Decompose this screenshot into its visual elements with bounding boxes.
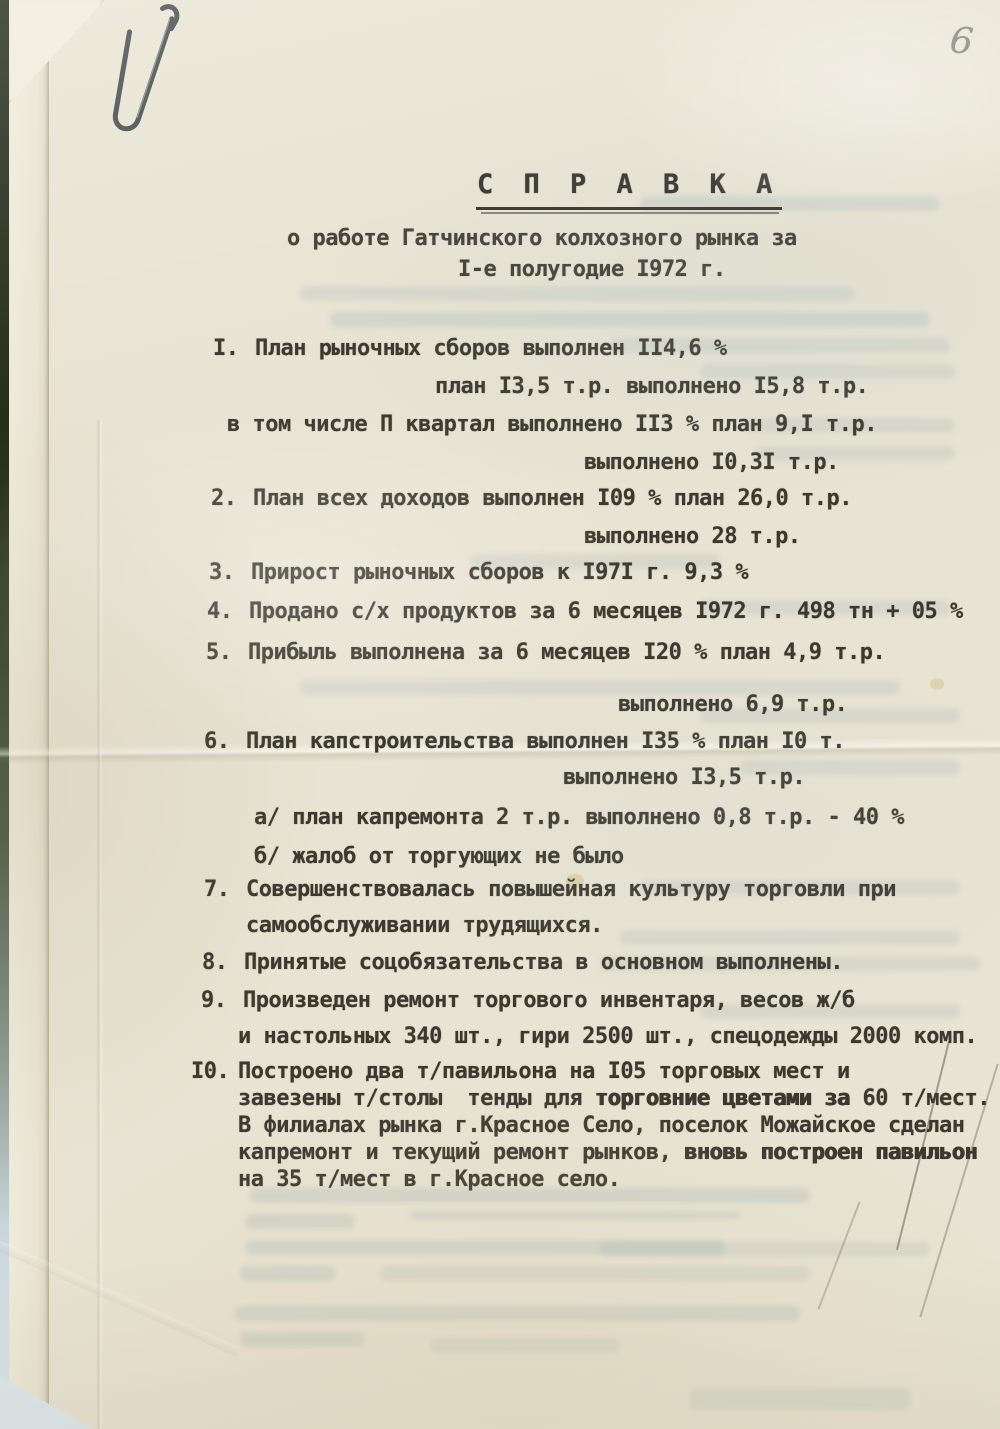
- item-10-line2: завезены т/столы тенды для торговние цве…: [238, 1086, 990, 1112]
- item-8-number: 8.: [202, 950, 228, 976]
- item-7-line1: Совершенствовалась повышейная культуру т…: [246, 877, 896, 903]
- item-9-line2: и настольных 340 шт., гири 2500 шт., спе…: [238, 1024, 977, 1050]
- scan-left-edge: [0, 0, 9, 1429]
- item-2-line1: План всех доходов выполнен I09 % план 26…: [253, 486, 852, 512]
- item-7-number: 7.: [204, 877, 230, 903]
- item-1-line3: в том числе П квартал выполнено II3 % пл…: [227, 412, 877, 438]
- title-underline-2: [481, 212, 779, 214]
- item-10-line3: В филиалах рынка г.Красное Село, поселок…: [238, 1113, 964, 1139]
- item-1-number: I.: [213, 336, 239, 362]
- paper-torn-left-edge: [9, 0, 49, 1429]
- item-6-number: 6.: [204, 729, 230, 755]
- item-5-number: 5.: [206, 640, 232, 666]
- item-6-line2: выполнено I3,5 т.р.: [563, 765, 805, 791]
- item-6-sub-a: а/ план капремонта 2 т.р. выполнено 0,8 …: [254, 805, 904, 831]
- item-4-number: 4.: [207, 599, 233, 625]
- handwritten-page-number: 6: [948, 23, 975, 61]
- paper-texture-overlay: [0, 0, 1000, 1429]
- paperclip: [98, 0, 191, 144]
- item-4-line1: Продано с/х продуктов за 6 месяцев I972 …: [249, 599, 963, 625]
- item-2-line2: выполнено 28 т.р.: [584, 524, 801, 550]
- item-5-line2: выполнено 6,9 т.р.: [618, 692, 847, 718]
- vertical-crease: [96, 420, 103, 1429]
- item-6-sub-b: б/ жалоб от торгующих не было: [254, 844, 624, 870]
- item-10-line5: на 35 т/мест в г.Красное село.: [238, 1167, 620, 1193]
- item-10-line4: капремонт и текущий ремонт рынков, вновь…: [238, 1140, 977, 1166]
- item-1-line1: План рыночных сборов выполнен II4,6 %: [255, 336, 727, 362]
- item-9-line1: Произведен ремонт торгового инвентаря, в…: [243, 988, 855, 1014]
- paper-stain: [930, 678, 944, 690]
- scanned-document-page: 6 С П Р А В К А о работе Гатчинского кол…: [0, 0, 1000, 1429]
- title-underline: [476, 207, 782, 210]
- item-1-line2: план I3,5 т.р. выполнено I5,8 т.р.: [435, 374, 868, 400]
- item-8-line1: Принятые соцобязательства в основном вып…: [244, 950, 843, 976]
- doc-subtitle-line2: I-е полугодие I972 г.: [458, 257, 726, 283]
- item-2-number: 2.: [211, 486, 237, 512]
- item-3-line1: Прирост рыночных сборов к I97I г. 9,3 %: [251, 560, 748, 586]
- item-5-line1: Прибыль выполнена за 6 месяцев I20 % пла…: [248, 640, 885, 666]
- item-10-number: I0.: [191, 1059, 229, 1085]
- item-9-number: 9.: [201, 988, 227, 1014]
- doc-title: С П Р А В К А: [477, 172, 779, 198]
- scratch-mark: [817, 1202, 860, 1310]
- item-1-line4: выполнено I0,3I т.р.: [584, 450, 839, 476]
- item-7-line2: самообслуживании трудящихся.: [246, 913, 603, 939]
- item-10-line1: Построено два т/павильона на I05 торговы…: [238, 1059, 850, 1085]
- item-6-line1: План капстроительства выполнен I35 % пла…: [246, 729, 845, 755]
- overstruck-text: торговние цветами за: [595, 1086, 850, 1111]
- overstruck-text: вновь построен павильон: [684, 1140, 977, 1165]
- doc-subtitle-line1: о работе Гатчинского колхозного рынка за: [287, 226, 797, 252]
- item-3-number: 3.: [209, 560, 235, 586]
